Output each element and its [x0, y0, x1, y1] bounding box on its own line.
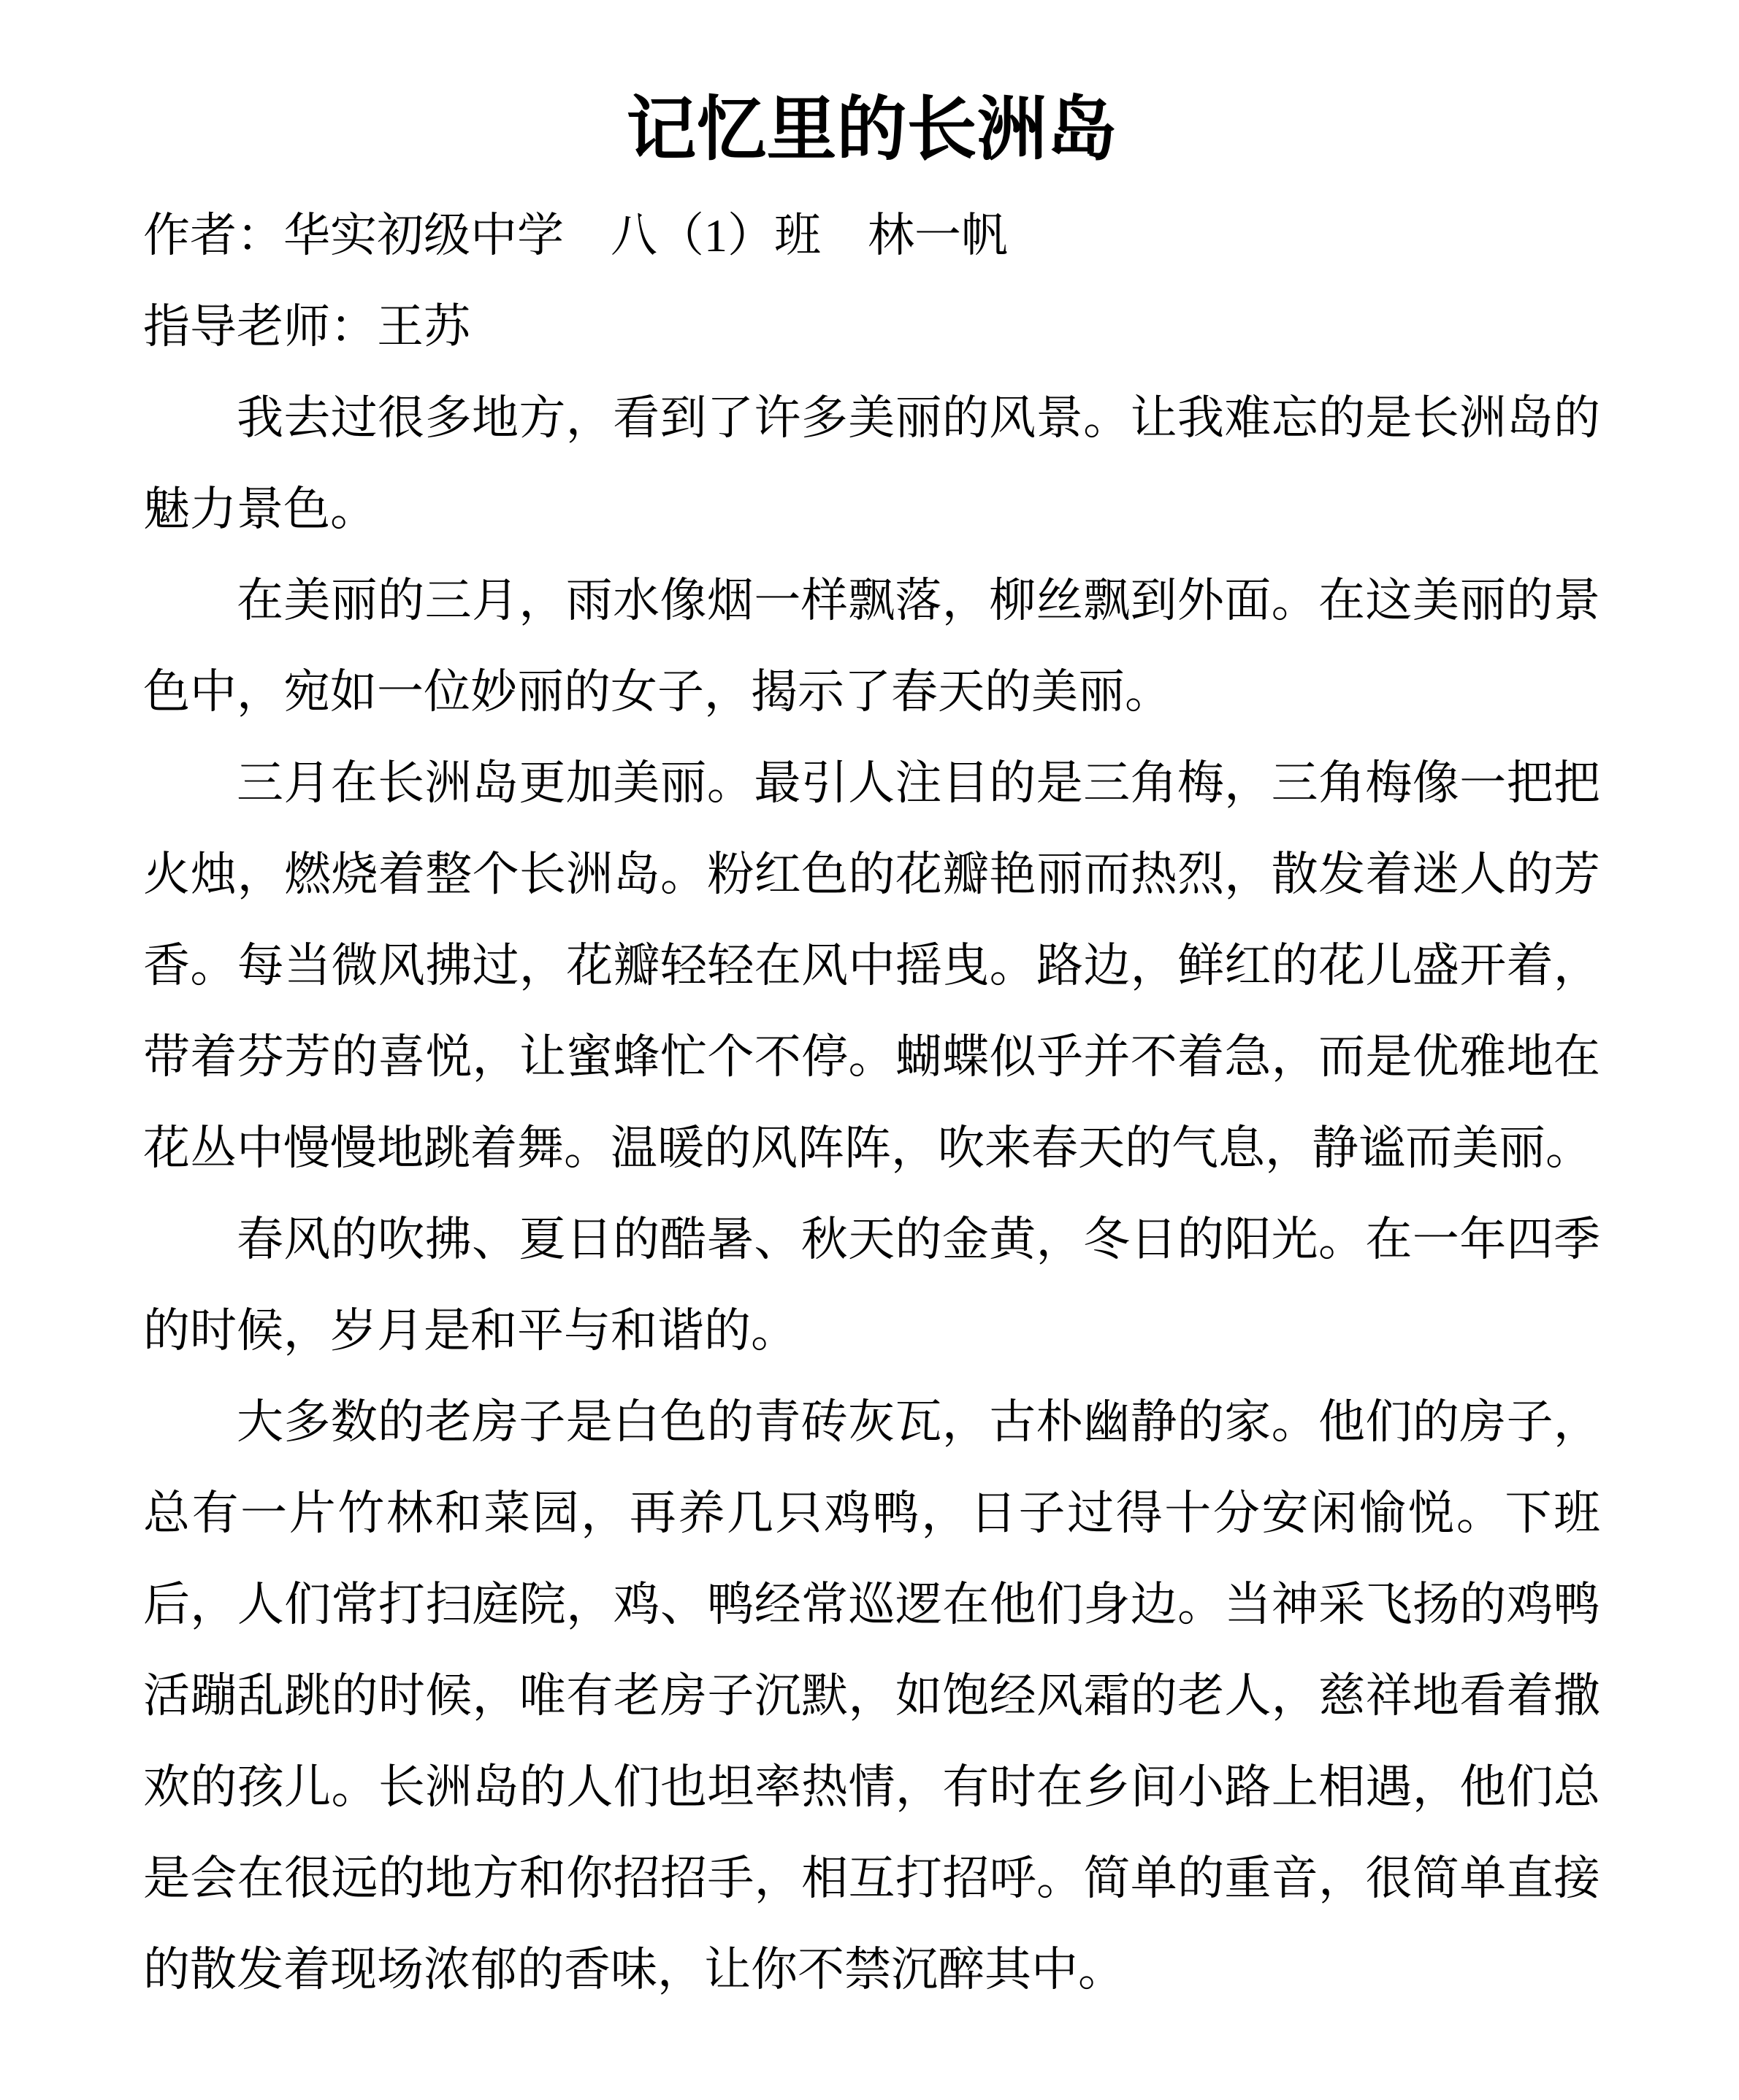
paragraph: 三月在长洲岛更加美丽。最引人注目的是三角梅，三角梅像一把把火烛，燃烧着整个长洲岛…: [143, 737, 1600, 1194]
author-line: 作者：华实初级中学 八（1）班 林一帆: [143, 190, 1600, 281]
paragraph: 大多数的老房子是白色的青砖灰瓦，古朴幽静的家。他们的房子，总有一片竹林和菜园，再…: [143, 1376, 1600, 2015]
document-page: 记忆里的长洲岛 作者：华实初级中学 八（1）班 林一帆 指导老师：王苏 我去过很…: [0, 0, 1739, 2100]
paragraph: 在美丽的三月，雨水像烟一样飘落，柳丝飘到外面。在这美丽的景色中，宛如一位妙丽的女…: [143, 555, 1600, 737]
paragraph: 春风的吹拂、夏日的酷暑、秋天的金黄，冬日的阳光。在一年四季的时候，岁月是和平与和…: [143, 1194, 1600, 1376]
document-title: 记忆里的长洲岛: [143, 69, 1600, 190]
teacher-line: 指导老师：王苏: [143, 281, 1600, 372]
paragraph: 我去过很多地方，看到了许多美丽的风景。让我难忘的是长洲岛的魅力景色。: [143, 372, 1600, 555]
